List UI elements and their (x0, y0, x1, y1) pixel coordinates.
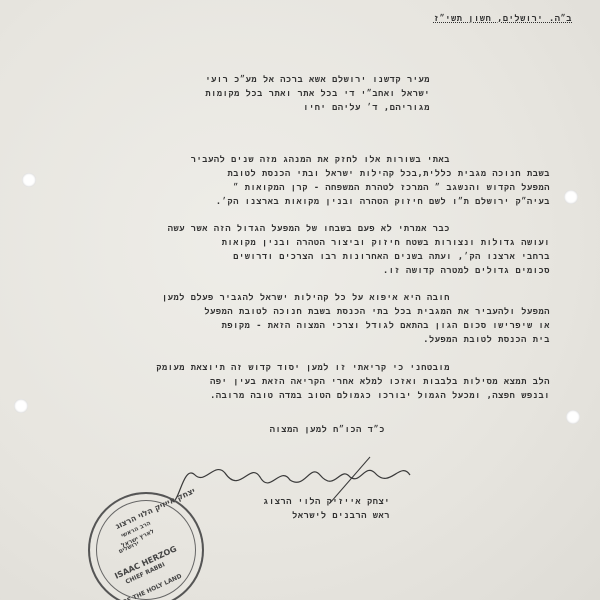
paragraph-line: בית הכנסת לטובת המפעל. (423, 335, 550, 345)
paragraph-line: באתי בשורות אלו לחזק את המנהג מזה שנים ל… (191, 155, 450, 165)
paragraph-line: בעיה״ק ירושלם ת״ו לשם חיזוק הטהרה ובנין … (216, 197, 550, 207)
salutation-line: מגוריהם, ד׳ עליהם יחיו (303, 103, 430, 113)
paragraph-line: ברחבי ארצנו הק׳, ועתה בשנים האחרונות רבו… (233, 252, 550, 262)
paragraph-line: כבר אמרתי לא פעם בשבחו של המפעל הגדול הז… (168, 224, 450, 234)
salutation-line: מעיר קדשנו ירושלם אשא ברכה אל מע״כ רועי (205, 75, 430, 85)
paragraph-line: המפעל ולהעביר את המגבית בכל בתי הכנסת בש… (204, 307, 550, 317)
signatory-name: יצחק אייזיק הלוי הרצוג (263, 497, 390, 507)
header-date: ב״ה. ירושלים, חשון תשי״ז (434, 14, 572, 24)
salutation-line: ישראל ואחב״י די בכל אתר ואתר בכל מקומות (205, 89, 430, 99)
punch-hole (566, 410, 580, 424)
paragraph-line: המפעל הקדוש והנשגב ״ המרכז לטהרת המשפחה … (233, 183, 550, 193)
paragraph-line: הלב תמצא מסילות בלבבות ואזכו למלא אחרי ה… (210, 377, 550, 387)
paragraph-line: ובנפש חפצה, ומכעל הגמול יבורכו כגמולם הט… (210, 391, 550, 401)
punch-hole (564, 190, 578, 204)
closing-line: כ״ד הכו״ח למען המצוה (270, 425, 385, 435)
official-stamp: יצחק אייזיק הלוי הרצוג הרב הראשי לארץ יש… (88, 492, 204, 600)
paragraph-line: חובה היא איפוא על כל קהילות ישראל להגביר… (162, 293, 450, 303)
signatory-title: ראש הרבנים לישראל (292, 511, 390, 521)
stamp-hebrew-ring: יצחק אייזיק הלוי הרצוג (114, 486, 196, 531)
punch-hole (22, 173, 36, 187)
paragraph-line: מובטחני כי קריאתי זו למען יסוד קדוש זה ת… (156, 363, 450, 373)
paragraph-line: או שיפרישו סכום הגון בהתאם לגודל וצרכי ה… (222, 321, 550, 331)
punch-hole (14, 399, 28, 413)
letter-page: ב״ה. ירושלים, חשון תשי״ז מעיר קדשנו ירוש… (0, 0, 600, 600)
paragraph-line: בשבת חנוכה מגבית כללית,בכל קהילות ישראל … (227, 169, 550, 179)
paragraph-line: ועושה גדולות ונצורות בשטח חיזוק וביצור ה… (222, 238, 550, 248)
paragraph-line: סכומים גדולים למטרה קדושה זו. (383, 266, 550, 276)
